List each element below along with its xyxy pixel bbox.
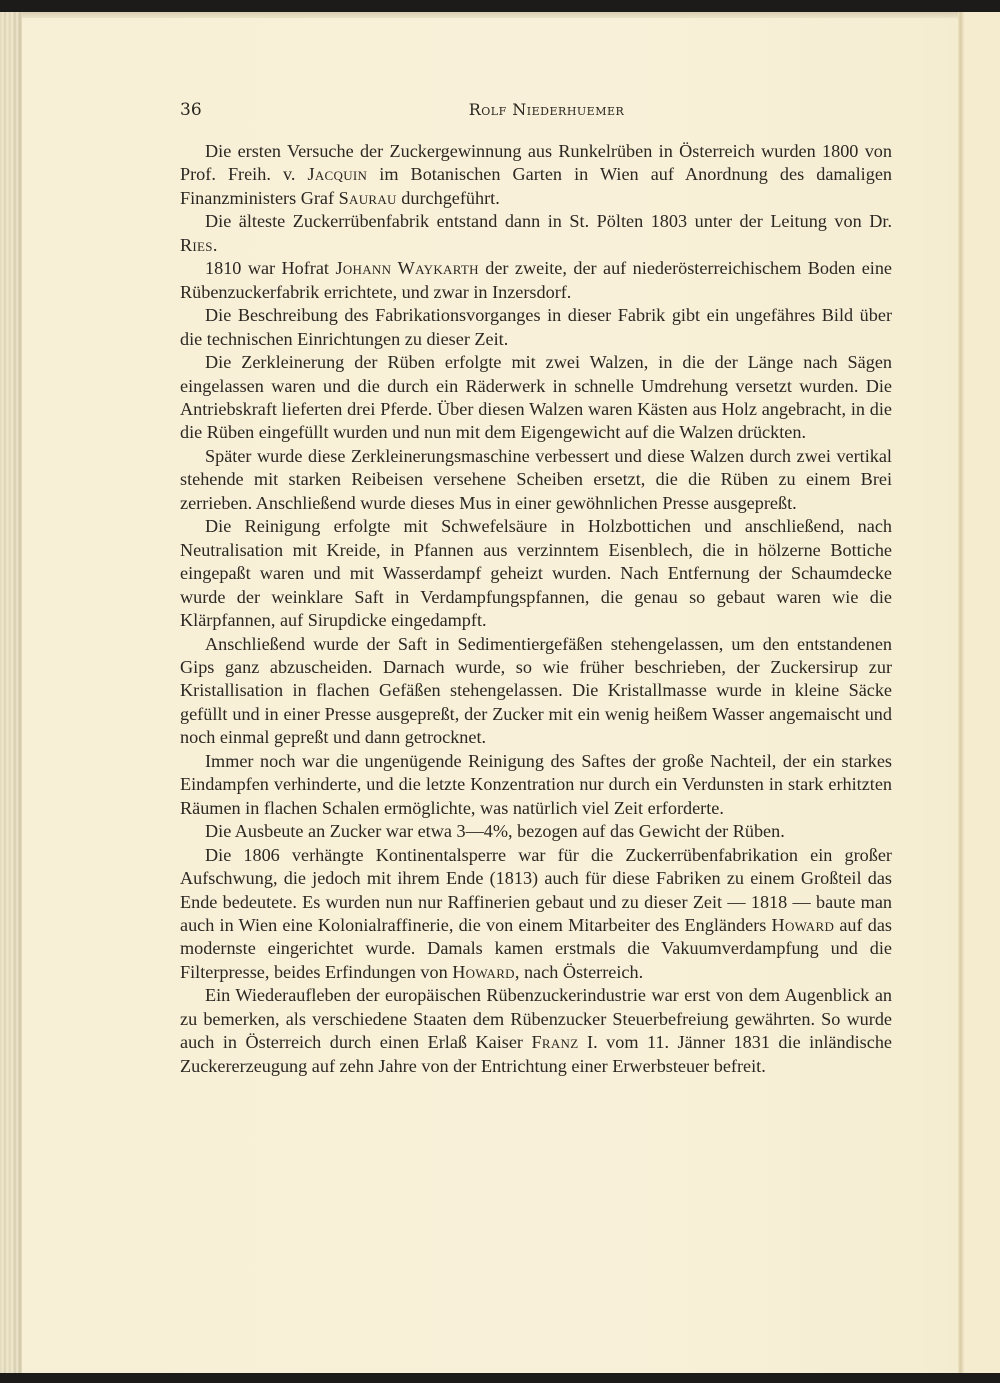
text-run: Immer noch war die ungenügende Reinigung… (180, 751, 892, 818)
text-run: Die Zerkleinerung der Rüben erfolgte mit… (180, 352, 892, 442)
paragraph: Die Ausbeute an Zucker war etwa 3—4%, be… (180, 820, 892, 843)
text-run: , nach Österreich. (515, 962, 643, 982)
person-name: Howard (772, 915, 835, 935)
paragraph: Die Zerkleinerung der Rüben erfolgte mit… (180, 351, 892, 445)
text-run: durchgeführt. (397, 188, 500, 208)
person-name: Franz (531, 1032, 578, 1052)
text-run: Die Reinigung erfolgte mit Schwefelsäure… (180, 516, 892, 630)
person-name: Howard (452, 962, 515, 982)
paragraph: Die ersten Versuche der Zuckergewinnung … (180, 140, 892, 210)
paragraph: Ein Wiederaufleben der europäischen Rübe… (180, 984, 892, 1078)
text-run: Später wurde diese Zerkleinerungsmaschin… (180, 446, 892, 513)
person-name: Jacquin (307, 164, 367, 184)
paragraph: Die 1806 verhängte Kontinentalsperre war… (180, 844, 892, 985)
paragraph: Immer noch war die ungenügende Reinigung… (180, 750, 892, 820)
paragraph: Die Beschreibung des Fabrikationsvorgang… (180, 304, 892, 351)
page-stack-left-edge (0, 12, 22, 1373)
running-header: 36 Rolf Niederhuemer (180, 98, 893, 124)
paragraph: Anschließend wurde der Saft in Sedimenti… (180, 633, 892, 750)
text-run: 1810 war Hofrat (205, 258, 335, 278)
text-run: Die Ausbeute an Zucker war etwa 3—4%, be… (205, 821, 785, 841)
person-name: Ries (180, 235, 213, 255)
paragraph: Später wurde diese Zerkleinerungsmaschin… (180, 445, 892, 515)
person-name: Johann Waykarth (335, 258, 478, 278)
facing-page-edge (964, 12, 1000, 1373)
text-run: . (213, 235, 218, 255)
text-run: Anschließend wurde der Saft in Sedimenti… (180, 634, 892, 748)
person-name: Saurau (339, 188, 397, 208)
text-run: Die Beschreibung des Fabrikationsvorgang… (180, 305, 892, 348)
body-text: Die ersten Versuche der Zuckergewinnung … (180, 140, 892, 1078)
running-head-author: Rolf Niederhuemer (180, 100, 893, 119)
paragraph: 1810 war Hofrat Johann Waykarth der zwei… (180, 257, 892, 304)
paragraph: Die Reinigung erfolgte mit Schwefelsäure… (180, 515, 892, 632)
text-run: Die älteste Zuckerrübenfabrik entstand d… (205, 211, 892, 231)
paragraph: Die älteste Zuckerrübenfabrik entstand d… (180, 210, 892, 257)
